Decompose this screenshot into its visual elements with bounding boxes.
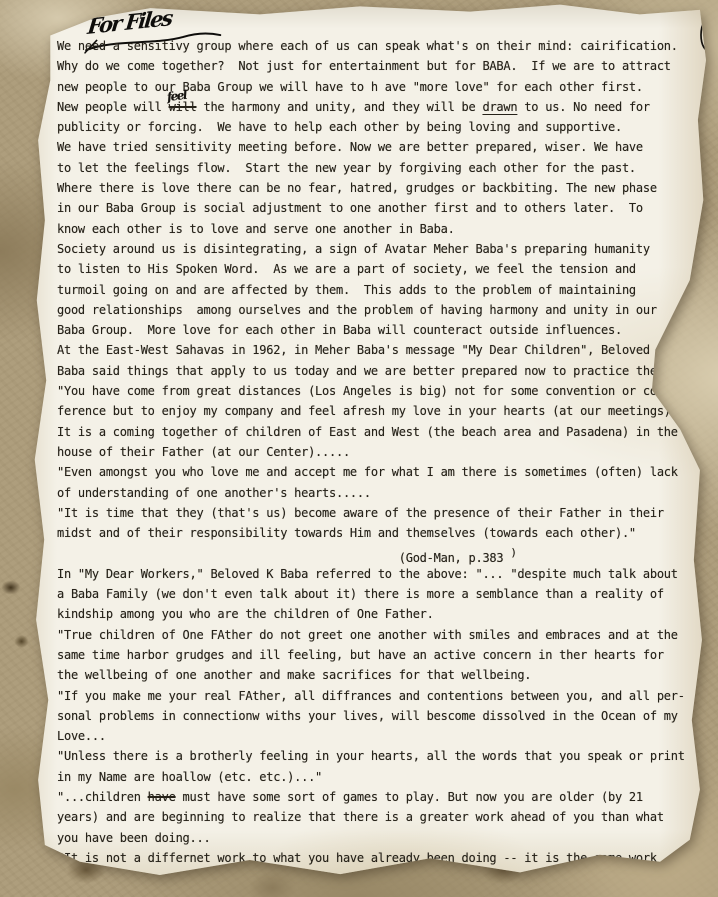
document-line: We need a sensitivy group where each of …	[57, 36, 685, 56]
text-segment: "True children of One FAther do not gree…	[57, 628, 678, 642]
text-segment: the wellbeing of one another and make sa…	[57, 668, 531, 682]
document-line: in our Baba Group is social adjustment t…	[57, 198, 685, 218]
paper-sheet: For Files We need a sensitivy group wher…	[30, 2, 706, 882]
text-segment: Why do we come together? Not just for en…	[57, 59, 671, 73]
document-line: good relationships among ourselves and t…	[57, 300, 685, 320]
document-line: New people will willfeel the harmony and…	[57, 97, 685, 117]
text-segment: to us. No need for	[517, 100, 650, 114]
text-segment: "If you make me your real FAther, all di…	[57, 689, 685, 703]
document-line: new people to our Baba Group we will hav…	[57, 77, 685, 97]
document-line: "It is not a differnet work to what you …	[57, 848, 685, 868]
text-segment: "Even amongst you who love me and accept…	[57, 465, 678, 479]
document-line: kindship among you who are the children …	[57, 604, 685, 624]
text-segment: same time harbor grudges and ill feeling…	[57, 648, 664, 662]
text-segment-strike: willfeel	[169, 100, 197, 114]
text-segment: the harmony and unity, and they will be	[197, 100, 483, 114]
document-line: same time harbor grudges and ill feeling…	[57, 645, 685, 665]
text-segment: a Baba Family (we don't even talk about …	[57, 587, 664, 601]
text-segment: in my Name are hoallow (etc. etc.)..."	[57, 770, 322, 784]
text-segment: house of their Father (at our Center)...…	[57, 445, 350, 459]
document-line: turmoil going on and are affected by the…	[57, 280, 685, 300]
document-line: a Baba Family (we don't even talk about …	[57, 584, 685, 604]
text-segment: New people will	[57, 100, 169, 114]
text-segment: "It is not a differnet work to what you …	[57, 851, 657, 865]
document-line: in my Name are hoallow (etc. etc.)..."	[57, 767, 685, 787]
text-segment: ference but to enjoy my company and feel…	[57, 404, 678, 418]
document-line: Why do we come together? Not just for en…	[57, 56, 685, 76]
text-segment-underline: drawn	[482, 100, 517, 114]
text-segment: in our Baba Group is social adjustment t…	[57, 201, 643, 215]
text-segment: midst and of their responsibility toward…	[57, 526, 636, 540]
document-line: "...children have must have some sort of…	[57, 787, 685, 807]
document-line: At the East-West Sahavas in 1962, in Meh…	[57, 340, 685, 360]
text-segment: Where there is love there can be no fear…	[57, 181, 657, 195]
document-line: Where there is love there can be no fear…	[57, 178, 685, 198]
document-line: Baba said things that apply to us today …	[57, 361, 685, 381]
text-segment: new people to our Baba Group we will hav…	[57, 80, 643, 94]
text-segment: publicity or forcing. We have to help ea…	[57, 120, 622, 134]
handwritten-zero-mark	[696, 8, 718, 56]
document-line: "Even amongst you who love me and accept…	[57, 462, 685, 482]
text-segment: must have some sort of games to play. Bu…	[176, 790, 643, 804]
text-segment: turmoil going on and are affected by the…	[57, 283, 636, 297]
document-line: Society around us is disintegrating, a s…	[57, 239, 685, 259]
document-line: house of their Father (at our Center)...…	[57, 442, 685, 462]
text-segment: We need a sensitivy group where each of …	[57, 39, 678, 53]
text-segment: kindship among you who are the children …	[57, 607, 434, 621]
document-line: ference but to enjoy my company and feel…	[57, 401, 685, 421]
text-segment: Society around us is disintegrating, a s…	[57, 242, 650, 256]
text-segment: "...children	[57, 790, 148, 804]
document-line: to let the feelings flow. Start the new …	[57, 158, 685, 178]
document-body: We need a sensitivy group where each of …	[57, 36, 685, 868]
text-segment: to let the feelings flow. Start the new …	[57, 161, 636, 175]
text-segment: know each other is to love and serve one…	[57, 222, 455, 236]
document-line: you have been doing...	[57, 828, 685, 848]
text-segment: Love...	[57, 729, 106, 743]
text-segment: It is a coming together of children of E…	[57, 425, 678, 439]
text-segment: Baba Group. More love for each other in …	[57, 323, 622, 337]
text-segment: "You have come from great distances (Los…	[57, 384, 671, 398]
document-line: know each other is to love and serve one…	[57, 219, 685, 239]
document-line: of understanding of one another's hearts…	[57, 483, 685, 503]
document-line: sonal problems in connectionw withs your…	[57, 706, 685, 726]
document-line: Love...	[57, 726, 685, 746]
scanned-page: For Files We need a sensitivy group wher…	[0, 0, 718, 897]
text-segment-strike: have	[148, 790, 176, 804]
text-segment: In "My Dear Workers," Beloved K Baba ref…	[57, 567, 678, 581]
document-line: the wellbeing of one another and make sa…	[57, 665, 685, 685]
handwritten-inline-note: feel	[165, 85, 186, 107]
text-segment-sup: )	[510, 546, 516, 559]
document-line: publicity or forcing. We have to help ea…	[57, 117, 685, 137]
document-line: We have tried sensitivity meeting before…	[57, 137, 685, 157]
text-segment: Baba said things that apply to us today …	[57, 364, 671, 378]
text-segment: to listen to His Spoken Word. As we are …	[57, 262, 636, 276]
text-segment: good relationships among ourselves and t…	[57, 303, 657, 317]
text-segment: years) and are beginning to realize that…	[57, 810, 664, 824]
document-line: "If you make me your real FAther, all di…	[57, 686, 685, 706]
document-line: "Unless there is a brotherly feeling in …	[57, 746, 685, 766]
text-segment: you have been doing...	[57, 831, 210, 845]
text-segment: "Unless there is a brotherly feeling in …	[57, 749, 685, 763]
document-line: "It is time that they (that's us) become…	[57, 503, 685, 523]
document-line: to listen to His Spoken Word. As we are …	[57, 259, 685, 279]
text-segment: "It is time that they (that's us) become…	[57, 506, 664, 520]
document-line: In "My Dear Workers," Beloved K Baba ref…	[57, 564, 685, 584]
document-line: "True children of One FAther do not gree…	[57, 625, 685, 645]
document-line: Baba Group. More love for each other in …	[57, 320, 685, 340]
text-segment: At the East-West Sahavas in 1962, in Meh…	[57, 343, 650, 357]
document-line: It is a coming together of children of E…	[57, 422, 685, 442]
text-segment: sonal problems in connectionw withs your…	[57, 709, 678, 723]
text-segment: of understanding of one another's hearts…	[57, 486, 371, 500]
document-line: midst and of their responsibility toward…	[57, 523, 685, 543]
document-line: "You have come from great distances (Los…	[57, 381, 685, 401]
document-line: (God-Man, p.383 )	[57, 543, 685, 563]
document-line: years) and are beginning to realize that…	[57, 807, 685, 827]
text-segment: We have tried sensitivity meeting before…	[57, 140, 643, 154]
